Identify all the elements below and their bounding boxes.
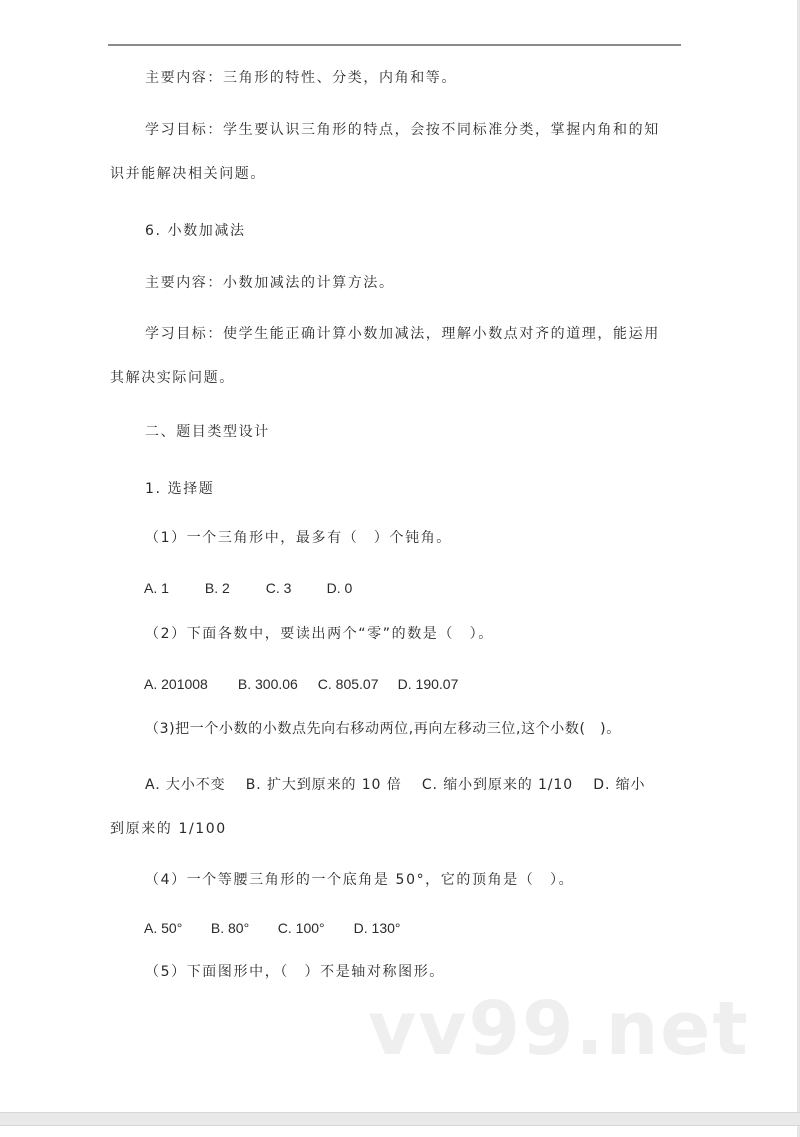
option-b: B. 80° <box>211 918 274 938</box>
page-separator-bar <box>0 1112 800 1126</box>
question-stem: （1）一个三角形中，最多有（ ）个钝角。 <box>145 528 452 548</box>
goal-paragraph-line2: 其解决实际问题。 <box>110 368 235 388</box>
option-a: A. 1 <box>144 578 201 598</box>
option-c: C. 3 <box>266 578 323 598</box>
option-d: D. 0 <box>327 578 353 598</box>
option-d: D. 130° <box>354 918 401 938</box>
goal-paragraph-line2: 识并能解决相关问题。 <box>110 164 266 184</box>
goal-paragraph-line1: 学习目标：使学生能正确计算小数加减法，理解小数点对齐的道理，能运用 <box>145 324 660 344</box>
question-stem: （4）一个等腰三角形的一个底角是 50°，它的顶角是（ ）。 <box>145 870 574 890</box>
option-c: C. 805.07 <box>318 674 394 694</box>
option-b: B. 2 <box>205 578 262 598</box>
question-options: A. 1 B. 2 C. 3 D. 0 <box>144 578 352 598</box>
question-stem: （2）下面各数中，要读出两个“零”的数是（ ）。 <box>145 624 494 644</box>
option-b: B. 300.06 <box>238 674 314 694</box>
question-options: A. 50° B. 80° C. 100° D. 130° <box>144 918 401 938</box>
question-stem: （3)把一个小数的小数点先向右移动两位,再向左移动三位,这个小数( )。 <box>145 719 621 739</box>
section-title: 6. 小数加减法 <box>145 221 246 241</box>
question-stem: （5）下面图形中，（ ）不是轴对称图形。 <box>145 962 445 982</box>
part-heading: 二、题目类型设计 <box>145 422 270 442</box>
option-d: D. 190.07 <box>398 674 459 694</box>
goal-paragraph-line1: 学习目标：学生要认识三角形的特点，会按不同标准分类，掌握内角和的知 <box>145 120 660 140</box>
header-rule <box>108 44 681 46</box>
content-paragraph: 主要内容：三角形的特性、分类，内角和等。 <box>145 68 457 88</box>
option-a: A. 201008 <box>144 674 234 694</box>
watermark: vv99.net <box>368 992 750 1066</box>
content-paragraph: 主要内容：小数加减法的计算方法。 <box>145 273 395 293</box>
option-c: C. 100° <box>278 918 350 938</box>
question-options-line2: 到原来的 1/100 <box>110 819 227 839</box>
question-type-heading: 1. 选择题 <box>145 479 214 499</box>
question-options-line1: A. 大小不变 B. 扩大到原来的 10 倍 C. 缩小到原来的 1/10 D.… <box>145 775 645 795</box>
question-options: A. 201008 B. 300.06 C. 805.07 D. 190.07 <box>144 674 458 694</box>
option-a: A. 50° <box>144 918 207 938</box>
